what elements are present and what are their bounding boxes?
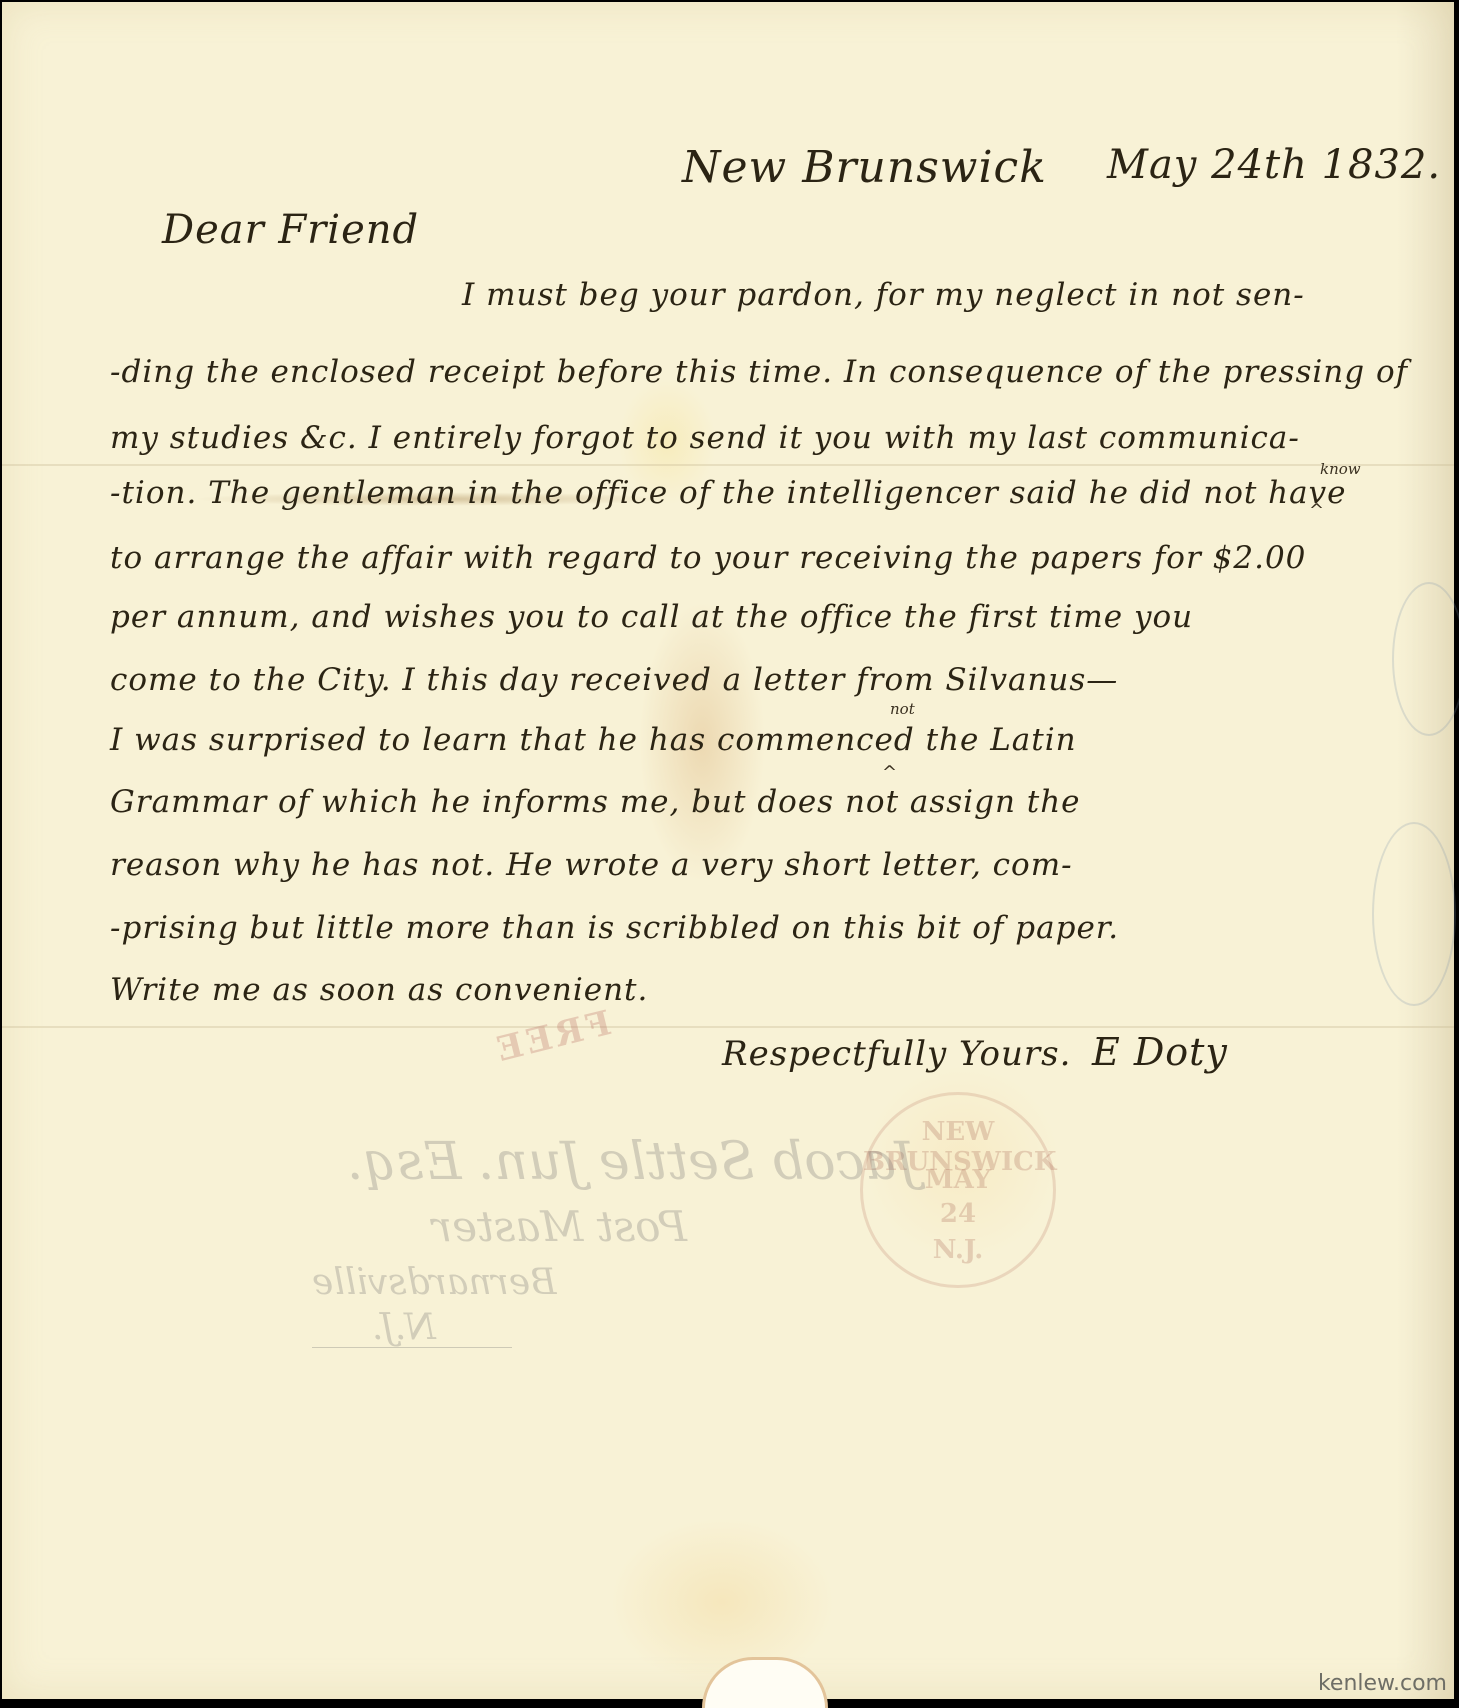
- insertion-not: not: [890, 700, 915, 718]
- letter-signature: E Doty: [1092, 1030, 1228, 1074]
- postmark-day: 24: [863, 1199, 1053, 1229]
- pencil-mark: [1372, 822, 1456, 1006]
- letter-body-line: I must beg your pardon, for my neglect i…: [462, 277, 1305, 313]
- letter-date: May 24th 1832.: [1107, 142, 1441, 188]
- address-ghost-line: N.J.: [372, 1307, 436, 1348]
- address-underline: [312, 1347, 512, 1348]
- letter-body-line: -tion. The gentleman in the office of th…: [110, 475, 1347, 511]
- letter-body-line: Write me as soon as convenient.: [110, 972, 648, 1008]
- letter-body-line: Grammar of which he informs me, but does…: [110, 784, 1081, 820]
- letter-body-line: I was surprised to learn that he has com…: [110, 722, 1077, 758]
- letter-body-line: reason why he has not. He wrote a very s…: [110, 847, 1073, 883]
- insertion-caret: ^: [1309, 500, 1324, 521]
- insertion-caret: ^: [882, 762, 897, 783]
- letter-body-line: -ding the enclosed receipt before this t…: [110, 354, 1408, 390]
- letter-salutation: Dear Friend: [162, 207, 419, 253]
- free-frank-stamp: FREE: [489, 1003, 615, 1071]
- letter-body-line: come to the City. I this day received a …: [110, 662, 1118, 698]
- paper-hole: [702, 1657, 828, 1702]
- letter-sheet: FREE NEW BRUNSWICK MAY 24 N.J. Jacob Set…: [2, 2, 1454, 1699]
- address-ghost-line: Bernardsville: [312, 1262, 557, 1303]
- letter-closing: Respectfully Yours.: [722, 1034, 1071, 1074]
- letter-body-line: my studies &c. I entirely forgot to send…: [110, 420, 1300, 456]
- paper-fold-line: [2, 1026, 1454, 1028]
- address-ghost-line: Post Master: [432, 1202, 687, 1251]
- site-watermark: kenlew.com: [1318, 1671, 1447, 1696]
- address-ghost-line: Jacob Settle Jun. Esq.: [347, 1132, 917, 1192]
- pencil-mark: [1392, 582, 1459, 736]
- letter-body-line: per annum, and wishes you to call at the…: [110, 599, 1193, 635]
- letter-body-line: -prising but little more than is scribbl…: [110, 910, 1119, 946]
- letter-body-line: to arrange the affair with regard to you…: [110, 540, 1306, 576]
- postmark-state: N.J.: [863, 1235, 1053, 1265]
- paper-fold-line: [2, 464, 1454, 466]
- insertion-know: know: [1320, 460, 1361, 478]
- letter-place: New Brunswick: [682, 142, 1047, 193]
